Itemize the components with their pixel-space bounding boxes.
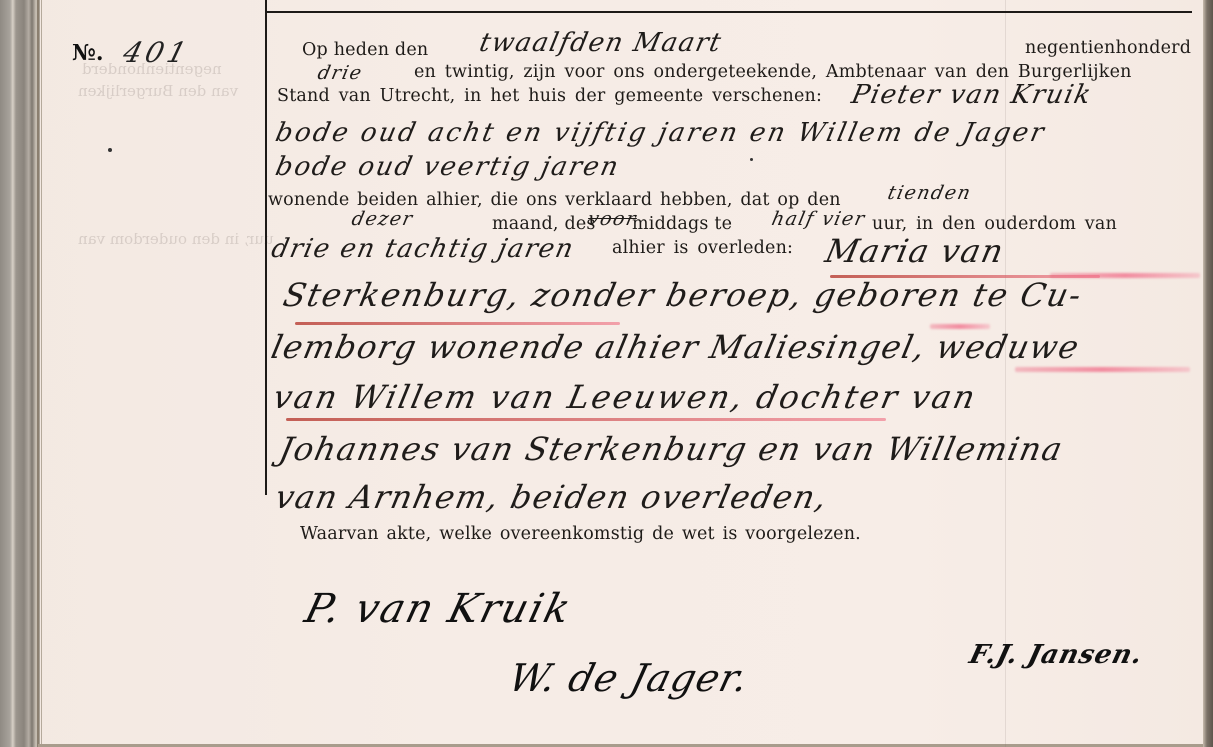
margin-rule (265, 0, 267, 495)
record-number-label: №. (72, 40, 104, 66)
printed-text: wonende beiden alhier, die ons verklaard… (268, 190, 841, 210)
handwritten-text: Johannes van Sterkenburg en van Willemin… (276, 430, 1067, 468)
signature-witness-1: P. van Kruik (300, 586, 576, 632)
printed-text: uur, in den ouderdom van (872, 214, 1117, 234)
signature-witness-2: W. de Jager. (505, 656, 754, 700)
printed-text: en twintig, zijn voor ons ondergeteekend… (414, 62, 1132, 82)
register-page: negentienhonderd van den Burgerlijken uu… (0, 0, 1213, 747)
printed-text: Op heden den (302, 40, 428, 60)
handwritten-text: bode oud veertig jaren (273, 152, 623, 182)
handwritten-year: drie (316, 62, 365, 84)
red-underline (1015, 367, 1190, 372)
ink-spot (108, 148, 112, 152)
book-spine-edges (0, 0, 40, 747)
printed-text: maand, des (492, 214, 596, 234)
ink-spot (750, 158, 753, 161)
handwritten-age: drie en tachtig jaren (269, 234, 577, 264)
page-right-edge (1203, 0, 1213, 747)
page-edge-line (41, 0, 42, 747)
handwritten-text: bode oud acht en vijftig jaren en Willem… (273, 118, 1049, 148)
handwritten-time: half vier (770, 208, 868, 230)
page-edge-line (37, 0, 39, 747)
printed-text: alhier is overleden: (612, 238, 793, 258)
record-number-value: 401 (120, 36, 194, 69)
printed-text: negentienhonderd (1025, 38, 1191, 58)
bleed-through-text: uur, in den ouderdom van (78, 230, 274, 248)
handwritten-text: lemborg wonende alhier Maliesingel, wedu… (268, 328, 1083, 366)
handwritten-day: tienden (886, 182, 974, 204)
paper-fold (1005, 0, 1006, 747)
red-underline (295, 322, 620, 325)
handwritten-date: twaalfden Maart (477, 28, 725, 58)
red-underline (286, 418, 886, 421)
handwritten-witness-name: Pieter van Kruik (849, 80, 1095, 110)
handwritten-deceased-name: Maria van (822, 232, 1008, 270)
closing-statement: Waarvan akte, welke overeenkomstig de we… (300, 524, 861, 544)
top-rule (267, 11, 1192, 13)
handwritten-text: van Willem van Leeuwen, dochter van (270, 378, 981, 416)
printed-text: middags te (632, 214, 732, 234)
handwritten-text: van Arnhem, beiden overleden, (272, 478, 832, 516)
handwritten-text: dezer (350, 208, 416, 230)
printed-text: Stand van Utrecht, in het huis der gemee… (277, 86, 822, 106)
signature-registrar: F.J. Jansen. (966, 640, 1146, 670)
handwritten-text: Sterkenburg, zonder beroep, geboren te C… (280, 276, 1086, 314)
bleed-through-text: van den Burgerlijken (78, 82, 238, 100)
